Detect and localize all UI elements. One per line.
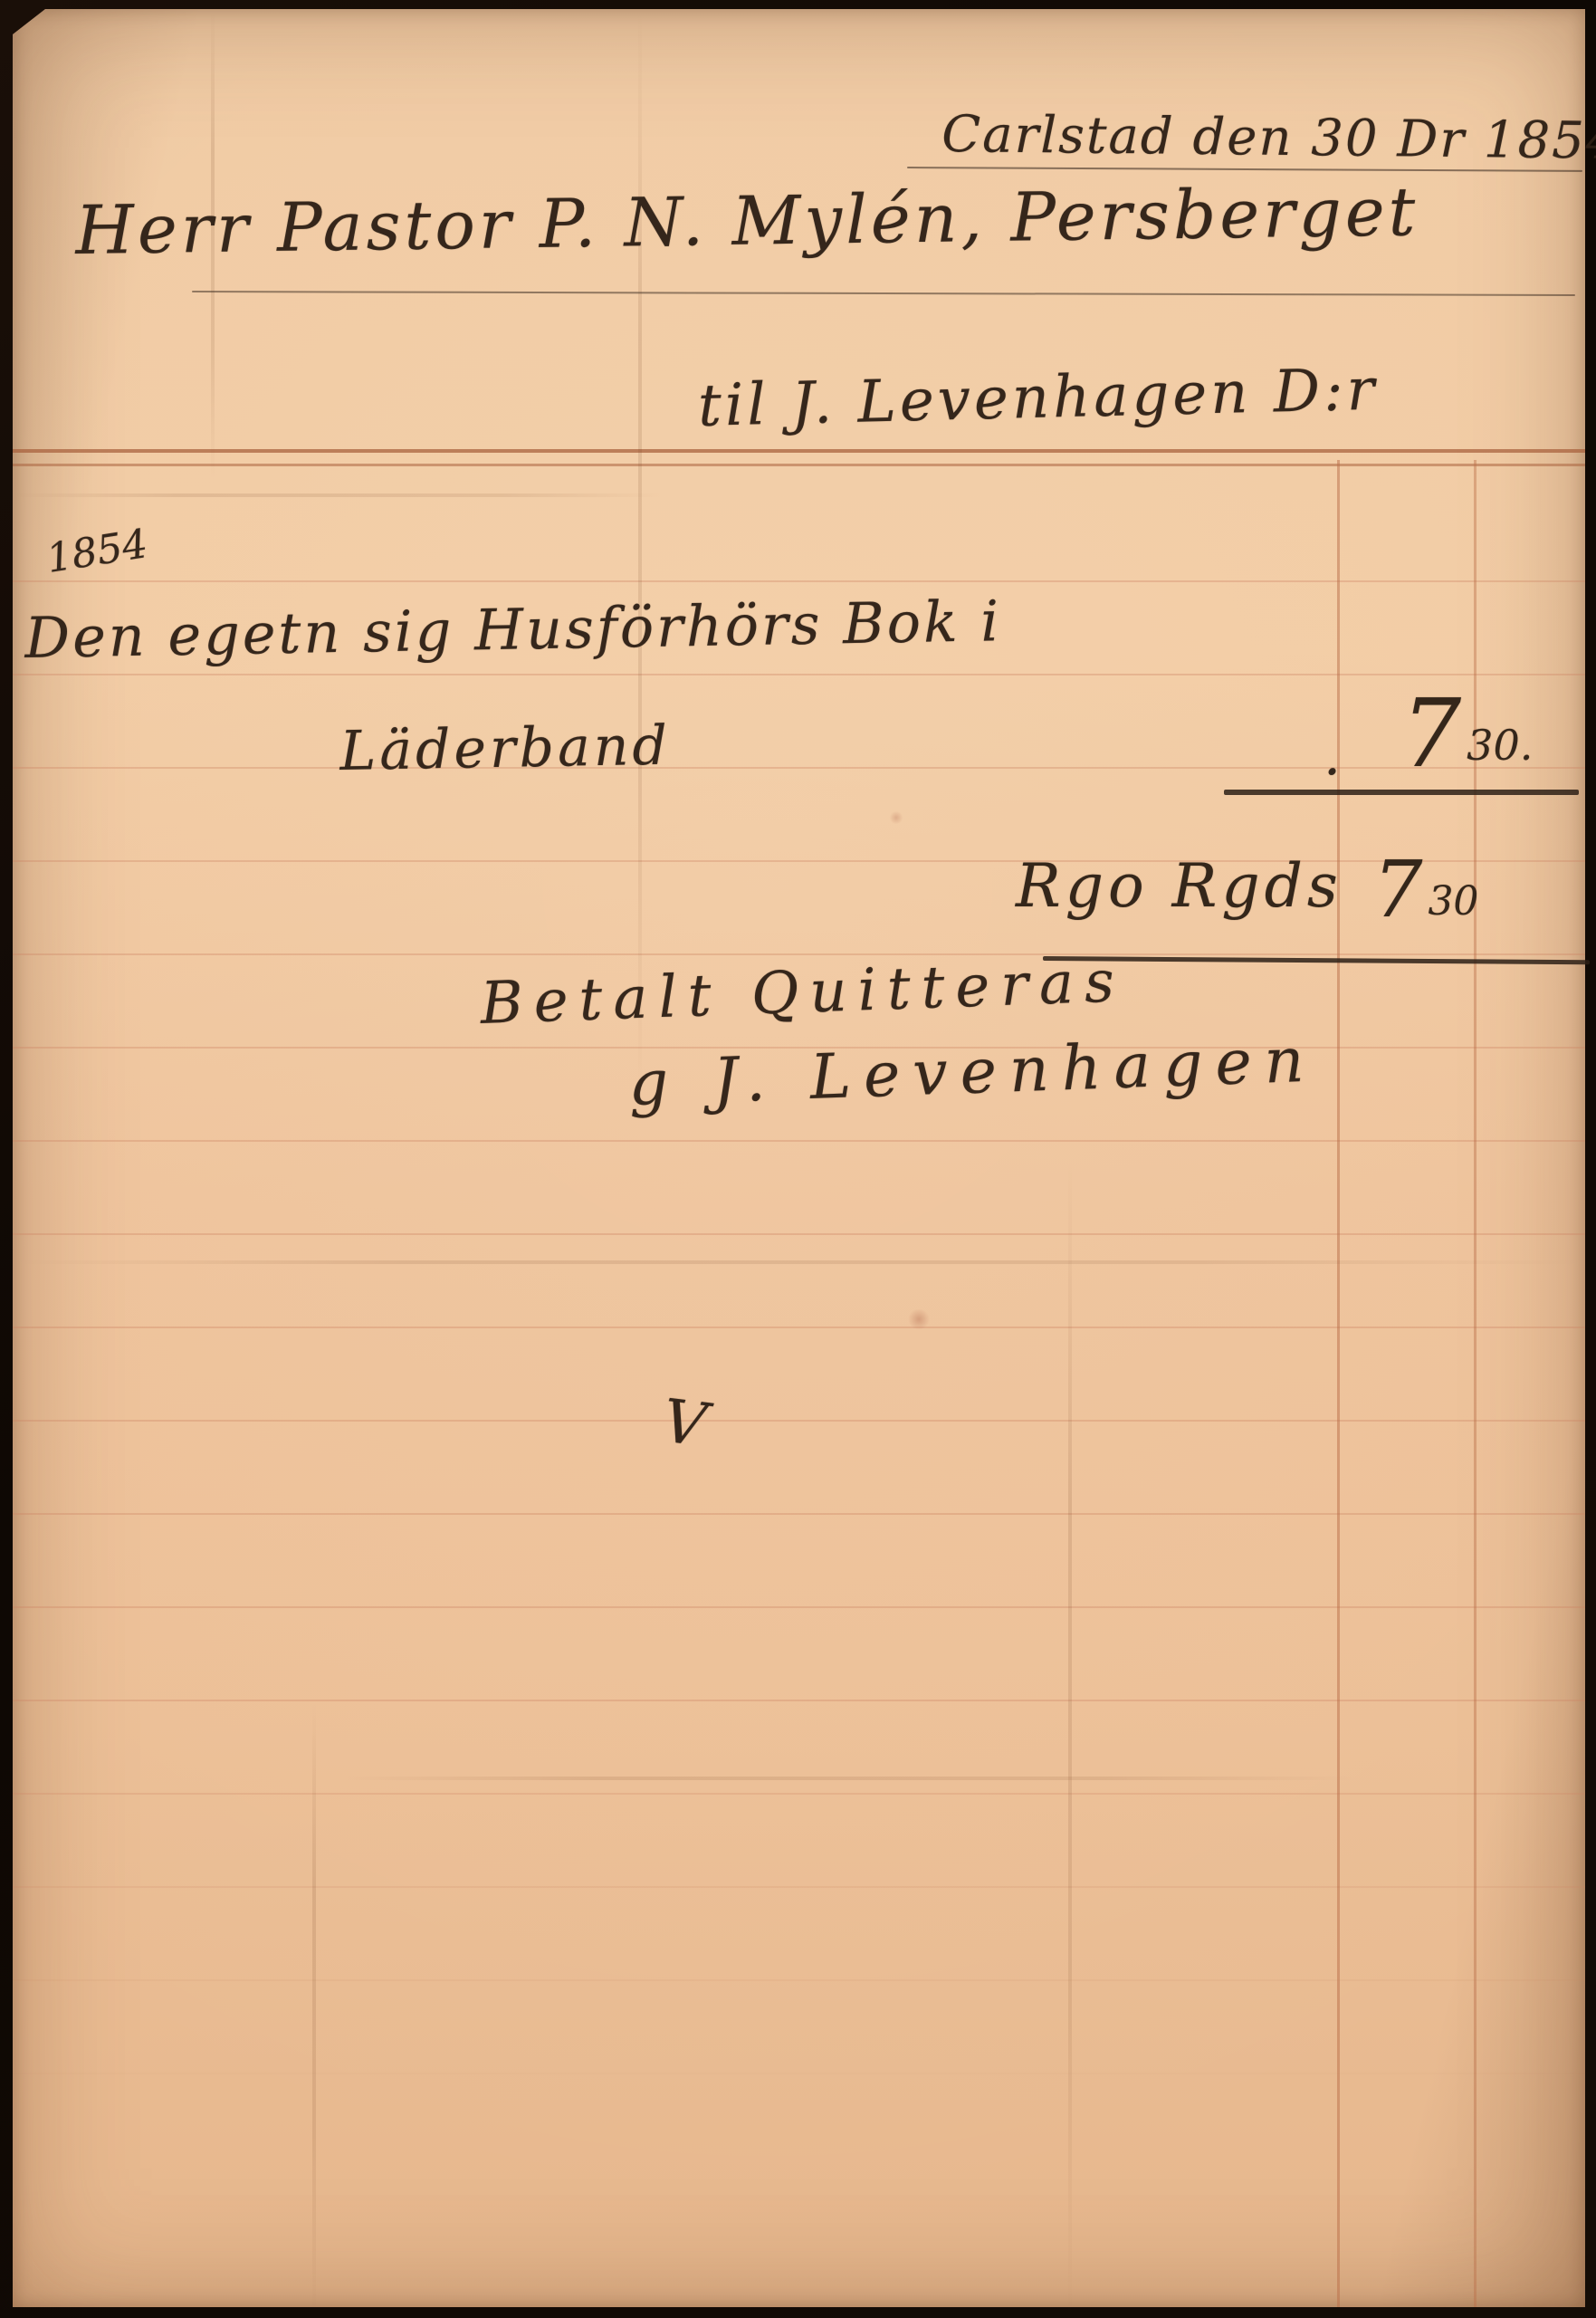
printed-double-rule <box>13 449 1585 466</box>
scanned-receipt-page: Carlstad den 30 Dr 1854 Herr Pastor P. N… <box>0 0 1596 2318</box>
paper-crease <box>1068 1159 1072 2318</box>
addressee-underline <box>192 291 1575 296</box>
total-amount-ore: 30 <box>1428 882 1478 922</box>
place-date-line: Carlstad den 30 Dr 1854 <box>941 105 1596 171</box>
total-label: Rgo Rgds <box>1016 851 1343 921</box>
printed-horizontal-ruling <box>13 580 1585 2111</box>
total-line: Rgo Rgds 7 30 <box>1016 851 1478 929</box>
leader-dot: . <box>1324 724 1341 788</box>
paper-stain <box>907 1309 931 1329</box>
item-amount-riksdaler: 7 <box>1401 686 1461 781</box>
paper-crease <box>13 1260 1585 1264</box>
paper-crease <box>344 1777 1358 1780</box>
item-description-line2: Läderband <box>339 714 672 783</box>
paper-crease <box>13 493 664 497</box>
paper-crease <box>638 9 642 1096</box>
total-amount-riksdaler: 7 <box>1373 851 1423 929</box>
document-content: Carlstad den 30 Dr 1854 Herr Pastor P. N… <box>0 0 1596 2318</box>
checkmark: V <box>659 1386 711 1461</box>
debtor-line: til J. Levenhagen D:r <box>697 357 1379 440</box>
item-amount-underline <box>1224 790 1579 795</box>
item-amount: 7 30. <box>1401 686 1533 781</box>
margin-year: 1854 <box>43 521 151 582</box>
paper-stain <box>889 811 903 824</box>
paper-crease <box>312 1702 316 2318</box>
item-amount-ore: 30. <box>1467 724 1533 766</box>
addressee-line: Herr Pastor P. N. Mylén, Persberget <box>75 173 1419 270</box>
